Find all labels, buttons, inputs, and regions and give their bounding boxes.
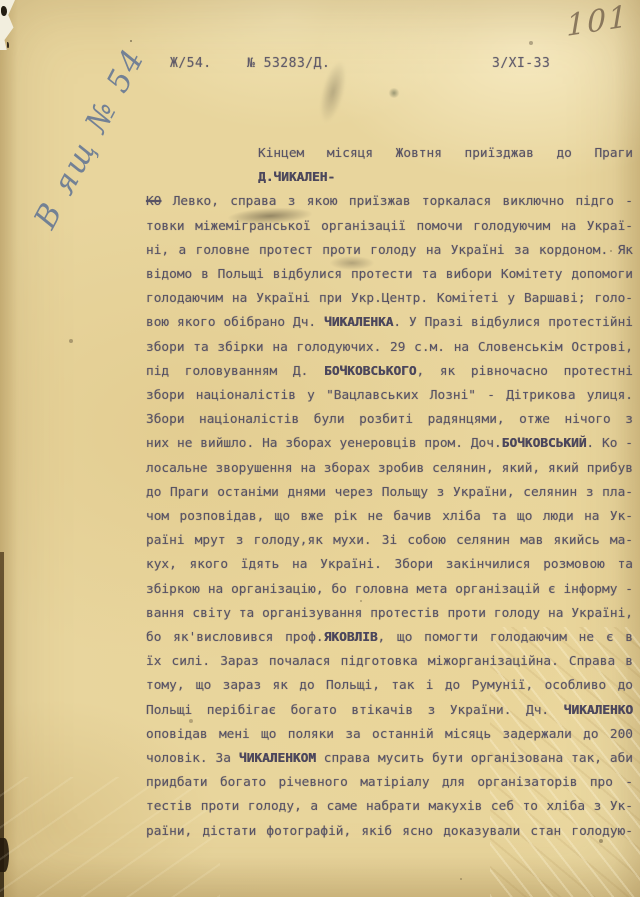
text-segment: відомо в Польщі відбулися протести та ви… [146,267,633,282]
text-segment: їх силі. Зараз почалася підготовка міжор… [146,654,633,669]
archive-box-annotation: В ящ № 54 [18,24,162,253]
text-line: збори та збірки на голодуючих. 29 с.м. н… [146,336,633,360]
paper-tear-top-left [0,0,15,50]
text-line: лосальне зворушення на зборах зробив сел… [146,457,633,481]
text-line: чоловік. За ЧИКАЛЕНКОМ справа мусить бут… [146,747,633,771]
text-line: бо як'висловився проф.ЯКОВЛІВ, що помогт… [146,626,633,650]
text-line: КО Левко, справа з якою приїзжав торкала… [146,190,633,214]
text-segment: Збори націоналістів були розбиті радянця… [146,412,633,427]
header-file-ref: Ж/54. [170,56,212,71]
text-line: раїни, дістати фотографій, якіб ясно док… [146,820,633,844]
text-line: них не вийшло. На зборах уенеровців пром… [146,432,633,456]
text-segment: до Праги останіми днями через Польщу з У… [146,485,633,500]
text-segment: справа мусить бути організована так, аби [316,751,633,766]
text-segment: тестів проти голоду, а саме набрати маку… [146,799,633,814]
text-segment: вою якого обібрано Дч. [146,315,324,330]
text-line: відомо в Польщі відбулися протести та ви… [146,263,633,287]
text-line: Польщі перібігає богато втікачів з Украї… [146,699,633,723]
struck-text: КО [146,194,161,209]
text-line: вання світу та організування протестів п… [146,602,633,626]
emphasized-name: ЧИКАЛЕНКОМ [239,751,316,766]
text-line: чом розповідав, що вже рік не бачив хліб… [146,505,633,529]
text-line: товки міжемігранської організації помочи… [146,215,633,239]
text-segment: кух, якого їдять на Україні. Збори закін… [146,557,633,572]
text-line: збіркою на організацію, бо головна мета … [146,578,633,602]
text-segment: бо як'висловився проф. [146,630,324,645]
text-segment: збори та збірки на голодуючих. 29 с.м. н… [146,340,633,355]
ink-speck [388,88,400,98]
text-line: збори націоналістів у "Вацлавських Лозні… [146,384,633,408]
emphasized-name: БОЧКОВСЬКОГО [324,364,416,379]
text-segment: оповідав мені що поляки за останній міся… [146,727,633,742]
text-segment: збіркою на організацію, бо головна мета … [146,582,633,597]
text-line: голодаючим на Україні при Укр.Центр. Ком… [146,287,633,311]
text-segment: товки міжемігранської організації помочи… [146,219,633,234]
text-segment: збори націоналістів у "Вацлавських Лозні… [146,388,633,403]
text-segment: голодаючим на Україні при Укр.Центр. Ком… [146,291,633,306]
text-segment: . Ко - [586,436,633,451]
text-segment: Кінцем місяця Жовтня приїзджав до Праги [258,146,633,161]
typewritten-body-text: Кінцем місяця Жовтня приїзджав до Праги … [146,142,633,844]
emphasized-name: Д.ЧИКАЛЕН- [258,170,335,185]
text-segment: чоловік. За [146,751,239,766]
binding-edge-mark [0,838,9,872]
text-segment: , що помогти голодаючим не є в [378,630,633,645]
scanned-document-page: 101 В ящ № 54 Ж/54. № 53283/Д. 3/XI-33 К… [0,0,640,897]
text-segment: , як рівночасно протестні [416,364,633,379]
text-line: тестів проти голоду, а саме набрати маку… [146,795,633,819]
text-line: ні, а головне протест проти голоду на Ук… [146,239,633,263]
emphasized-name: ЧИКАЛЕНКО [564,703,633,718]
text-segment: під головуванням Д. [146,364,324,379]
text-segment: раїни, дістати фотографій, якіб ясно док… [146,824,633,839]
text-line: оповідав мені що поляки за останній міся… [146,723,633,747]
text-segment: ні, а головне протест проти голоду на Ук… [146,243,633,258]
text-segment: вання світу та організування протестів п… [146,606,633,621]
text-line: кух, якого їдять на Україні. Збори закін… [146,553,633,577]
text-segment: раїні мрут з голоду,як мухи. Зі собою се… [146,533,633,548]
ink-marks-top-left [1,6,7,16]
binding-edge-line [0,552,4,897]
text-segment: придбати богато річевного матіріалу для … [146,775,633,790]
text-line: під головуванням Д. БОЧКОВСЬКОГО, як рів… [146,360,633,384]
text-segment: Левко, справа з якою приїзжав торкалася … [161,194,633,209]
emphasized-name: БОЧКОВСЬКИЙ [502,436,587,451]
text-line: Кінцем місяця Жовтня приїзджав до Праги … [146,142,633,190]
text-line: Збори націоналістів були розбиті радянця… [146,408,633,432]
text-segment: чом розповідав, що вже рік не бачив хліб… [146,509,633,524]
header-doc-number: № 53283/Д. [247,56,330,71]
emphasized-name: ЯКОВЛІВ [324,630,378,645]
text-line: вою якого обібрано Дч. ЧИКАЛЕНКА. У Праз… [146,311,633,335]
text-segment: тому, що зараз як до Польщі, так і до Ру… [146,678,633,693]
text-line: тому, що зараз як до Польщі, так і до Ру… [146,674,633,698]
text-segment: них не вийшло. На зборах уенеровців пром… [146,436,502,451]
text-segment: . У Празі відбулися протестійні [393,315,633,330]
page-number-annotation: 101 [566,0,629,44]
text-line: придбати богато річевного матіріалу для … [146,771,633,795]
text-line: до Праги останіми днями через Польщу з У… [146,481,633,505]
text-line: раїні мрут з голоду,як мухи. Зі собою се… [146,529,633,553]
emphasized-name: ЧИКАЛЕНКА [324,315,393,330]
text-segment: Польщі перібігає богато втікачів з Украї… [146,703,564,718]
text-line: їх силі. Зараз почалася підготовка міжор… [146,650,633,674]
header-date: 3/XI-33 [492,56,550,71]
text-segment: лосальне зворушення на зборах зробив сел… [146,461,633,476]
